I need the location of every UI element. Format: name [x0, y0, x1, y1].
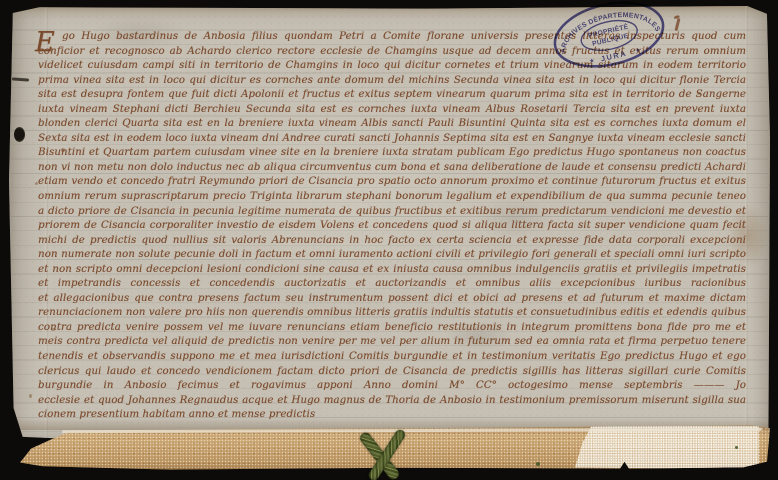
text-line: omnium rerum suprascriptarum precio Trig…	[38, 190, 746, 205]
text-line: contra predicta venire possem vel me iuv…	[38, 321, 746, 336]
text-line: iuxta vineam Stephani dicti Berchieu Sec…	[38, 103, 746, 118]
text-line: tenendis et observandis suppono me et me…	[38, 350, 746, 365]
plica-light-patch	[575, 426, 759, 469]
text-line: non numerate non solute pecunie doli in …	[38, 248, 746, 263]
stamp-star-right: ★	[634, 46, 641, 54]
text-line: burgundie in Anbosio fecimus et rogavimu…	[38, 379, 746, 394]
text-line: et allegacionibus que contra presens fac…	[38, 292, 746, 307]
green-seal-cord	[348, 426, 436, 480]
text-line: etiam vendo et concedo fratri Reymundo p…	[38, 175, 746, 190]
text-line: blonden clerici Quarta sita est en la br…	[38, 117, 746, 132]
text-line: et non scripto omni decepcioni lesioni c…	[38, 263, 746, 278]
text-line: videlicet cuiusdam campi siti in territo…	[38, 59, 746, 74]
text-line: michi de predictis quod nullius sit valo…	[38, 234, 746, 249]
text-line: non vi non metu non dolo inductus nec ab…	[38, 161, 746, 176]
text-line: et impetrandis concessis et concedendis …	[38, 277, 746, 292]
cord-fiber-speck	[735, 446, 738, 449]
text-line: meis contra predicta vel aliquid de pred…	[38, 335, 746, 350]
puncture-hole	[14, 127, 25, 142]
text-line: renunciacionem non valere pro hiis non q…	[38, 306, 746, 321]
text-line: Sexta sita est in eodem loco iuxta vinea…	[38, 132, 746, 147]
text-line: clericus qui laudo et concedo vendicione…	[38, 365, 746, 380]
charter-text-block: go Hugo bastardinus de Anbosia filius qu…	[38, 30, 746, 423]
text-line: ecclesie et quod Johannes Regnaudus acqu…	[38, 394, 746, 409]
cord-fiber-speck	[536, 462, 540, 466]
text-line: priorem de Cisancia corporaliter investi…	[38, 219, 746, 234]
text-line: cionem presentium habitam anno et mense …	[38, 408, 364, 423]
foxing-spot	[29, 394, 32, 398]
text-line: sita est desupra fontem que fuit dicti A…	[38, 88, 746, 103]
text-line: prima vinea sita est in loco qui dicitur…	[38, 74, 746, 89]
text-line: a dicto priore de Cisancia in pecunia le…	[38, 205, 746, 220]
text-line: Bisuntini et Quartam partem cuiusdam vin…	[38, 146, 746, 161]
stamp-star-left: ★	[588, 57, 595, 65]
scanned-charter-page: E go Hugo bastardinus de Anbosia filius …	[0, 0, 778, 480]
